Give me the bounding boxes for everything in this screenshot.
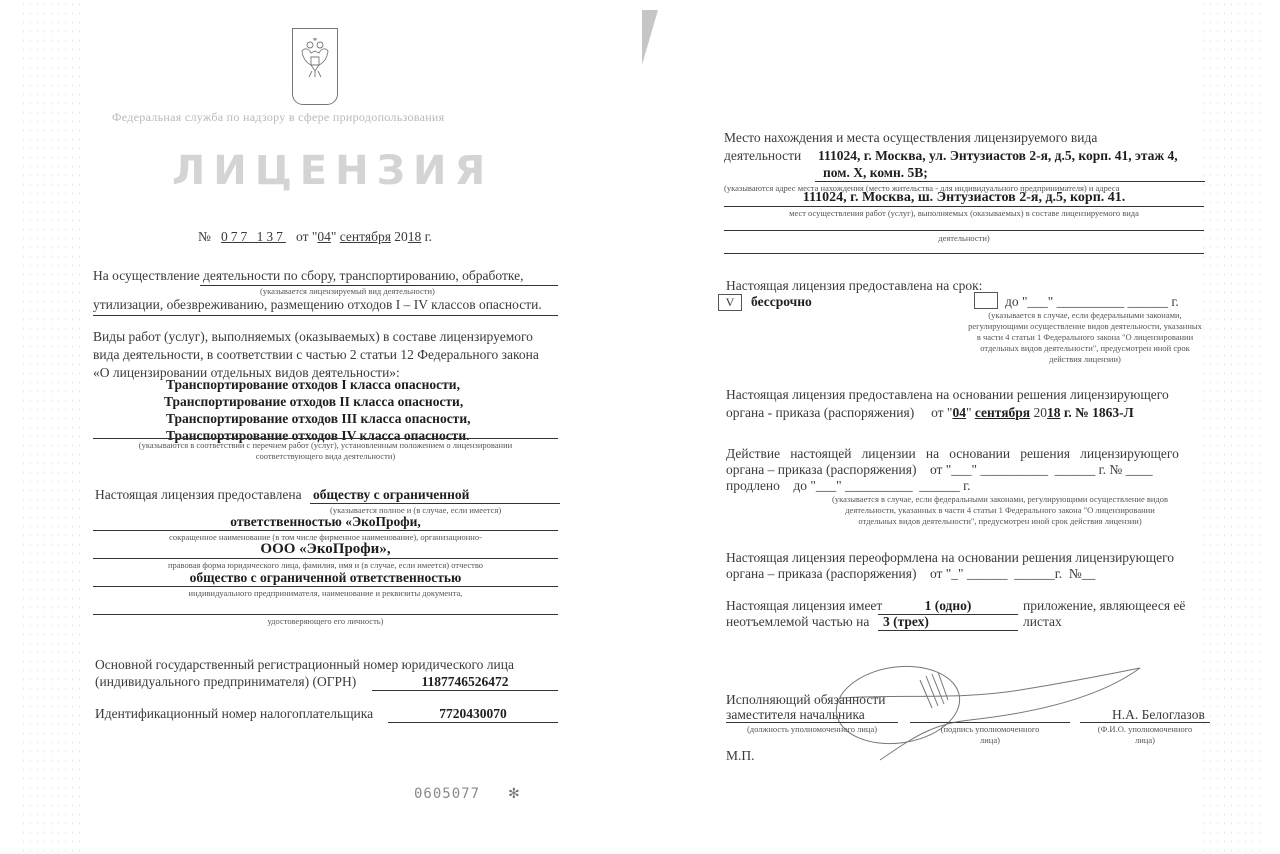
snowflake-mark-icon: ✻: [508, 786, 520, 803]
ogrn-label-1: Основной государственный регистрационный…: [95, 657, 514, 673]
basis-row: органа - приказа (распоряжения) от "04" …: [726, 405, 1134, 421]
location-label-2: деятельности: [724, 148, 801, 164]
granted-hint-3: правовая форма юридического лица, фамили…: [93, 560, 558, 570]
activity-label: На осуществление: [93, 268, 200, 284]
location-label-1: Место нахождения и места осуществления л…: [724, 130, 1097, 146]
license-number-row: № 077 137 от "04" сентября 2018 г.: [198, 229, 432, 245]
work-item: Транспортирование отходов III класса опа…: [160, 410, 470, 427]
works-intro: Виды работ (услуг), выполняемых (оказыва…: [93, 328, 539, 382]
location-value-1: 111024, г. Москва, ул. Энтузиастов 2-я, …: [818, 148, 1178, 164]
appendix-sheets: 3 (трех): [883, 614, 929, 630]
granted-line-4: общество с ограниченной ответственностью: [93, 570, 558, 586]
work-item: Транспортирование отходов II класса опас…: [160, 393, 470, 410]
stamp-place: М.П.: [726, 748, 755, 764]
license-front-page: Федеральная служба по надзору в сфере пр…: [0, 0, 640, 854]
inn-label: Идентификационный номер налогоплательщик…: [95, 706, 373, 722]
signer-name-hint: (Ф.И.О. уполномоченного лица): [1080, 724, 1210, 746]
reissue-label-1: Настоящая лицензия переоформлена на осно…: [726, 550, 1174, 566]
document-heading: ЛИЦЕНЗИЯ: [172, 148, 493, 194]
works-list: Транспортирование отходов I класса опасн…: [160, 376, 470, 444]
location-value-3: 111024, г. Москва, ш. Энтузиастов 2-я, д…: [724, 190, 1204, 206]
activity-line-2: утилизации, обезвреживанию, размещению о…: [93, 297, 542, 313]
granted-label: Настоящая лицензия предоставлена: [95, 487, 302, 503]
ogrn-label-2: (индивидуального предпринимателя) (ОГРН): [95, 674, 356, 690]
location-hint-3: деятельности): [724, 233, 1204, 243]
appendix-label-3: неотъемлемой частью на: [726, 614, 869, 630]
signer-name: Н.А. Белоглазов: [1112, 707, 1205, 723]
coat-of-arms-icon: [292, 28, 338, 95]
basis-order-number: г. № 1863-Л: [1064, 405, 1134, 420]
granted-line-2: ответственностью «ЭкоПрофи,: [93, 514, 558, 530]
basis-label-1: Настоящая лицензия предоставлена на осно…: [726, 387, 1169, 403]
extension-label-3: продлено до "___" __________ ______ г.: [726, 478, 971, 494]
term-until-checkbox[interactable]: [974, 292, 998, 309]
extension-label-1: Действие настоящей лицензии на основании…: [726, 446, 1179, 462]
work-item: Транспортирование отходов I класса опасн…: [160, 376, 470, 393]
granted-line-3: ООО «ЭкоПрофи»,: [93, 541, 558, 558]
license-month: сентября: [340, 229, 391, 244]
basis-day: 04: [952, 405, 966, 420]
signature-icon: [820, 660, 1150, 770]
appendix-count: 1 (одно): [878, 598, 1018, 614]
activity-line-1: деятельности по сбору, транспортированию…: [203, 268, 523, 284]
license-day: 04: [317, 229, 331, 244]
appendix-label-2: приложение, являющееся её: [1023, 598, 1185, 614]
granted-hint-5: удостоверяющего его личность): [93, 616, 558, 626]
activity-hint: (указывается лицензируемый вид деятельно…: [260, 286, 435, 296]
location-value-2: пом. Х, комн. 5В;: [823, 165, 928, 181]
license-back-page: Место нахождения и места осуществления л…: [640, 0, 1280, 854]
reissue-label-2: органа – приказа (распоряжения) от "_" _…: [726, 566, 1095, 582]
granted-line-1: обществу с ограниченной: [313, 487, 469, 503]
inn-value: 7720430070: [388, 706, 558, 722]
granted-hint-4: индивидуального предпринимателя, наимено…: [93, 588, 558, 598]
license-number: 077 137: [221, 229, 286, 244]
basis-month: сентября: [975, 405, 1030, 420]
issuing-agency: Федеральная служба по надзору в сфере пр…: [112, 110, 444, 125]
location-hint-2: мест осуществления работ (услуг), выполн…: [724, 208, 1204, 218]
term-until-label: до "___" __________ ______ г.: [1005, 294, 1179, 310]
term-hint: (указывается в случае, если федеральными…: [960, 310, 1210, 365]
term-label: Настоящая лицензия предоставлена на срок…: [726, 278, 982, 294]
appendix-label-4: листах: [1023, 614, 1062, 630]
extension-hint: (указывается в случае, если федеральными…: [790, 494, 1210, 527]
term-unlimited-checkbox[interactable]: V: [718, 294, 742, 311]
blank-serial-number: 0605077: [414, 786, 480, 802]
scan-noise: [20, 0, 80, 854]
term-unlimited-label: бессрочно: [751, 294, 812, 310]
works-hint: (указываются в соответствии с перечнем р…: [93, 440, 558, 462]
appendix-label-1: Настоящая лицензия имеет: [726, 598, 882, 614]
extension-label-2: органа – приказа (распоряжения) от "___"…: [726, 462, 1153, 478]
ogrn-value: 1187746526472: [372, 674, 558, 690]
